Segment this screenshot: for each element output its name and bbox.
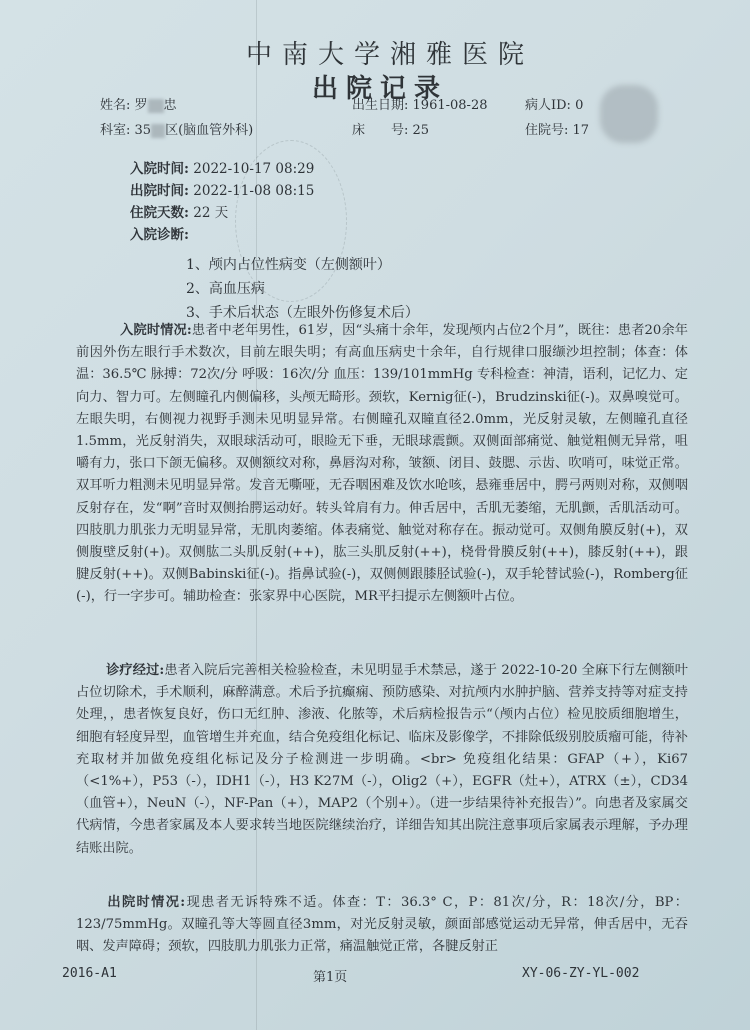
redaction-blob: [600, 85, 658, 143]
discharge-time-row: 出院时间: 2022-11-08 08:15: [130, 180, 314, 202]
patient-id-field: 病人ID: 0: [525, 94, 583, 113]
admit-time-value: 2022-10-17 08:29: [193, 161, 314, 177]
birth-date-label: 出生日期:: [352, 98, 408, 113]
redaction-mark: [148, 99, 164, 113]
diagnosis-list: 1、颅内占位性病变（左侧额叶） 2、高血压病 3、手术后状态（左眼外伤修复术后）: [186, 253, 419, 325]
birth-date-field: 出生日期: 1961-08-28: [352, 94, 487, 113]
patient-id-label: 病人ID:: [525, 98, 571, 113]
discharge-time-label: 出院时间:: [130, 183, 189, 199]
department-value-prefix: 35: [135, 123, 152, 138]
stay-days-label: 住院天数:: [130, 205, 189, 221]
bed-number-label: 床 号:: [352, 123, 408, 138]
discharge-status-label: 出院时情况:: [106, 895, 185, 910]
patient-name-field: 姓名: 罗忠: [100, 94, 177, 113]
diagnosis-label: 入院诊断:: [130, 227, 189, 243]
patient-id-value: 0: [575, 98, 583, 113]
discharge-record-page: 中南大学湘雅医院 出院记录 姓名: 罗忠 出生日期: 1961-08-28 病人…: [0, 0, 750, 1030]
stay-days-row: 住院天数: 22 天: [130, 202, 314, 224]
page-number: 第1页: [313, 966, 347, 985]
form-code: XY-06-ZY-YL-002: [522, 966, 639, 981]
admission-number-label: 住院号:: [525, 123, 568, 138]
admission-status-label: 入院时情况:: [120, 323, 192, 338]
discharge-status-section: 出院时情况:现患者无诉特殊不适。体查：T：36.3° C，P：81次/分，R：1…: [76, 892, 688, 959]
department-field: 科室: 35区(脑血管外科): [100, 119, 253, 138]
department-label: 科室:: [100, 123, 130, 138]
treatment-course-section: 诊疗经过:患者入院后完善相关检验检查，未见明显手术禁忌，遂于 2022-10-2…: [76, 660, 688, 860]
hospital-name: 中南大学湘雅医院: [0, 34, 750, 71]
stay-days-value: 22 天: [193, 205, 228, 221]
department-value-suffix: 区(脑血管外科): [165, 123, 253, 138]
diagnosis-heading-row: 入院诊断:: [130, 224, 314, 246]
bed-number-value: 25: [413, 123, 430, 138]
admission-number-value: 17: [573, 123, 590, 138]
admission-meta: 入院时间: 2022-10-17 08:29 出院时间: 2022-11-08 …: [130, 158, 314, 246]
treatment-course-text: 患者入院后完善相关检验检查，未见明显手术禁忌，遂于 2022-10-20 全麻下…: [76, 663, 688, 856]
patient-name-label: 姓名:: [100, 98, 130, 113]
birth-date-value: 1961-08-28: [413, 98, 488, 113]
admission-status-text: 患者中老年男性，61岁，因“头痛十余年，发现颅内占位2个月”，既往：患者20余年…: [76, 323, 688, 604]
redaction-mark: [151, 124, 165, 138]
admit-time-label: 入院时间:: [130, 161, 189, 177]
bed-number-field: 床 号: 25: [352, 119, 429, 138]
admission-number-field: 住院号: 17: [525, 119, 589, 138]
diagnosis-item: 1、颅内占位性病变（左侧额叶）: [186, 253, 419, 277]
patient-name-value: 罗忠: [135, 98, 177, 113]
diagnosis-item: 2、高血压病: [186, 277, 419, 301]
treatment-course-label: 诊疗经过:: [106, 663, 164, 678]
admission-status-section: 入院时情况:患者中老年男性，61岁，因“头痛十余年，发现颅内占位2个月”，既往：…: [76, 320, 688, 609]
admit-time-row: 入院时间: 2022-10-17 08:29: [130, 158, 314, 180]
form-version: 2016-A1: [62, 966, 117, 981]
discharge-time-value: 2022-11-08 08:15: [193, 183, 314, 199]
